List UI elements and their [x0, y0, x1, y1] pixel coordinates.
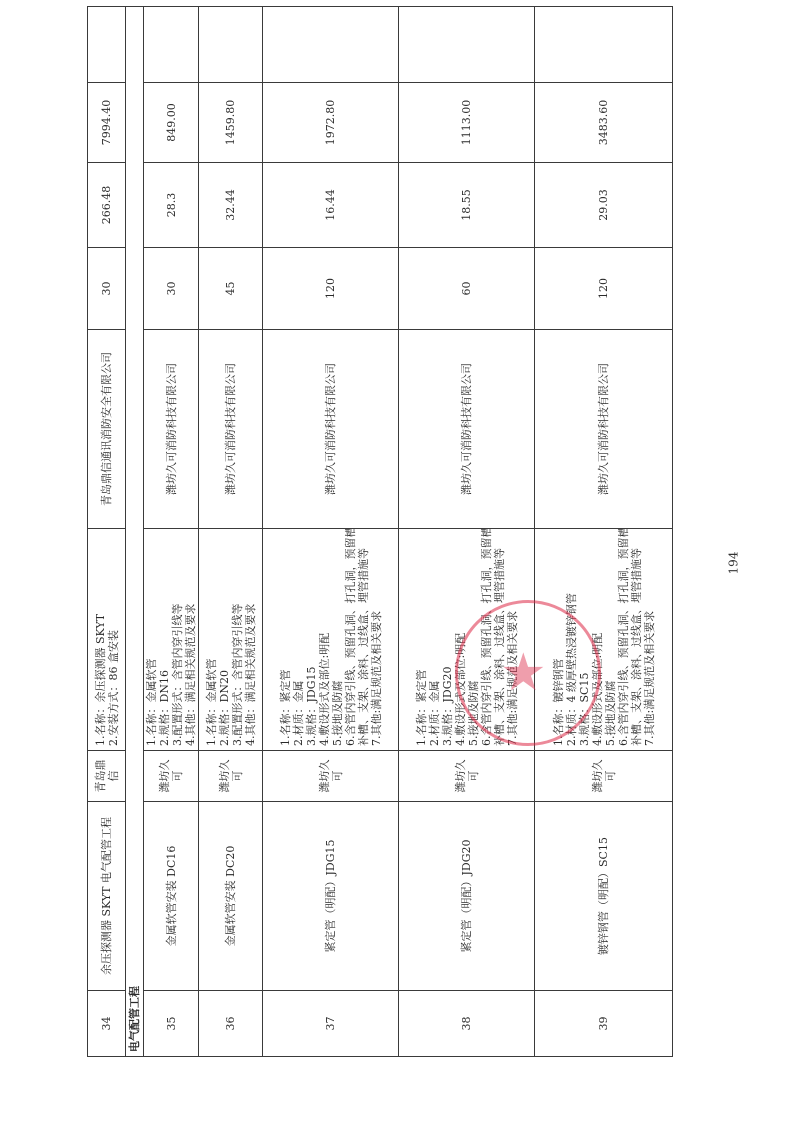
- remark: [199, 7, 263, 83]
- supplier: 潍坊久可消防科技有限公司: [399, 330, 535, 529]
- spec-line: 1.名称：紧定管: [279, 533, 292, 746]
- table-row: 38紧定管（明配）JDG20潍坊久可1.名称：紧定管2.材质：金属3.规格：JD…: [399, 7, 535, 1057]
- amount: 1972.80: [263, 83, 399, 163]
- spec-line: 2.材质：金属: [292, 533, 305, 746]
- remark: [399, 7, 535, 83]
- spec-line: 1.名称：金属软管: [205, 533, 218, 746]
- amount: 1459.80: [199, 83, 263, 163]
- spec-line: 6.含管内穿引线、预留孔洞、打孔洞，预留槽、剔槽、: [344, 533, 357, 746]
- spec-description: 1.名称：紧定管2.材质：金属3.规格：JDG154.敷设形式及部位:明配5.接…: [263, 529, 399, 751]
- page-number: 194: [726, 552, 740, 575]
- quantity: 120: [263, 248, 399, 330]
- unit-price: 32.44: [199, 163, 263, 248]
- supplier: 青岛鼎信通讯消防安全有限公司: [88, 330, 126, 529]
- spec-description: 1.名称：镀锌钢管2.材质：4 级厚壁热浸镀锌钢管3.规格：SC154.敷设形式…: [535, 529, 673, 751]
- item-name: 金属软管安装 DC16: [144, 802, 199, 991]
- supplier: 潍坊久可消防科技有限公司: [199, 330, 263, 529]
- spec-line: 3.规格：JDG15: [305, 533, 318, 746]
- quantity: 30: [144, 248, 199, 330]
- spec-line: 6.含管内穿引线、预留孔洞、打孔洞，预留槽、剔槽、: [480, 533, 493, 746]
- spec-line: 2.材质：金属: [428, 533, 441, 746]
- row-number: 35: [144, 991, 199, 1057]
- row-number: 37: [263, 991, 399, 1057]
- supplier: 潍坊久可消防科技有限公司: [144, 330, 199, 529]
- spec-line: 5.接地及防腐: [604, 533, 617, 746]
- spec-line: 4.敷设形式及部位:明配: [591, 533, 604, 746]
- spec-line: 7.其他:满足规范及相关要求: [643, 533, 656, 746]
- row-number: 36: [199, 991, 263, 1057]
- item-name: 余压探测器 SKYT 电气配管工程: [88, 802, 126, 991]
- spec-line: 3.配置形式：含管内穿引线等: [231, 533, 244, 746]
- section-header-row: 电气配管工程: [126, 7, 144, 1057]
- brand: 潍坊久可: [399, 751, 535, 802]
- spec-line: 1.名称：余压探测器 SKYT: [94, 533, 107, 746]
- table-row: 36金属软管安装 DC20潍坊久可1.名称：金属软管2.规格：DN203.配置形…: [199, 7, 263, 1057]
- amount: 3483.60: [535, 83, 673, 163]
- item-name: 紧定管（明配）JDG20: [399, 802, 535, 991]
- spec-line: 6.含管内穿引线、预留孔洞、打孔洞，预留槽、剔槽、: [617, 533, 630, 746]
- spec-line: 5.接地及防腐: [467, 533, 480, 746]
- unit-price: 29.03: [535, 163, 673, 248]
- row-number: 34: [88, 991, 126, 1057]
- row-number: 39: [535, 991, 673, 1057]
- spec-line: 2.规格：DN20: [218, 533, 231, 746]
- spec-line: 7.其他:满足规范及相关要求: [370, 533, 383, 746]
- brand: 潍坊久可: [263, 751, 399, 802]
- spec-line: 2.材质：4 级厚壁热浸镀锌钢管: [565, 533, 578, 746]
- spec-line: 2.安装方式：86 盒安装: [107, 533, 120, 746]
- item-name: 紧定管（明配）JDG15: [263, 802, 399, 991]
- supplier: 潍坊久可消防科技有限公司: [263, 330, 399, 529]
- item-name: 金属软管安装 DC20: [199, 802, 263, 991]
- unit-price: 18.55: [399, 163, 535, 248]
- spec-description: 1.名称：余压探测器 SKYT2.安装方式：86 盒安装: [88, 529, 126, 751]
- quantity: 30: [88, 248, 126, 330]
- quantity: 45: [199, 248, 263, 330]
- remark: [88, 7, 126, 83]
- remark: [144, 7, 199, 83]
- quantity: 60: [399, 248, 535, 330]
- table-row: 39镀锌钢管（明配）SC15潍坊久可1.名称：镀锌钢管2.材质：4 级厚壁热浸镀…: [535, 7, 673, 1057]
- spec-description: 1.名称：金属软管2.规格：DN163.配置形式：含管内穿引线等4.其他：满足相…: [144, 529, 199, 751]
- spec-line: 4.敷设形式及部位:明配: [454, 533, 467, 746]
- spec-line: 7.其他:满足规范及相关要求: [506, 533, 519, 746]
- brand: 潍坊久可: [535, 751, 673, 802]
- table-row: 34余压探测器 SKYT 电气配管工程青岛鼎信1.名称：余压探测器 SKYT2.…: [88, 7, 126, 1057]
- unit-price: 16.44: [263, 163, 399, 248]
- spec-line: 补槽、支架、涂料、过线盒、埋管措施等: [357, 533, 370, 746]
- spec-line: 1.名称：金属软管: [145, 533, 158, 746]
- unit-price: 266.48: [88, 163, 126, 248]
- spec-line: 3.配置形式：含管内穿引线等: [171, 533, 184, 746]
- table-row: 37紧定管（明配）JDG15潍坊久可1.名称：紧定管2.材质：金属3.规格：JD…: [263, 7, 399, 1057]
- section-title: 电气配管工程: [126, 7, 144, 1057]
- spec-line: 4.其他：满足相关规范及要求: [184, 533, 197, 746]
- remark: [263, 7, 399, 83]
- brand: 潍坊久可: [144, 751, 199, 802]
- brand: 青岛鼎信: [88, 751, 126, 802]
- spec-description: 1.名称：金属软管2.规格：DN203.配置形式：含管内穿引线等4.其他：满足相…: [199, 529, 263, 751]
- amount: 1113.00: [399, 83, 535, 163]
- amount: 849.00: [144, 83, 199, 163]
- row-number: 38: [399, 991, 535, 1057]
- item-name: 镀锌钢管（明配）SC15: [535, 802, 673, 991]
- spec-line: 3.规格：JDG20: [441, 533, 454, 746]
- spec-line: 4.敷设形式及部位:明配: [318, 533, 331, 746]
- quantity: 120: [535, 248, 673, 330]
- spec-line: 5.接地及防腐: [331, 533, 344, 746]
- spec-line: 1.名称：镀锌钢管: [552, 533, 565, 746]
- spec-line: 补槽、支架、涂料、过线盒、埋管措施等: [493, 533, 506, 746]
- price-table: 34余压探测器 SKYT 电气配管工程青岛鼎信1.名称：余压探测器 SKYT2.…: [87, 6, 673, 1057]
- spec-line: 2.规格：DN16: [158, 533, 171, 746]
- spec-line: 1.名称：紧定管: [415, 533, 428, 746]
- brand: 潍坊久可: [199, 751, 263, 802]
- spec-line: 3.规格：SC15: [578, 533, 591, 746]
- spec-line: 补槽、支架、涂料、过线盒、埋管措施等: [630, 533, 643, 746]
- supplier: 潍坊久可消防科技有限公司: [535, 330, 673, 529]
- remark: [535, 7, 673, 83]
- amount: 7994.40: [88, 83, 126, 163]
- table-row: 35金属软管安装 DC16潍坊久可1.名称：金属软管2.规格：DN163.配置形…: [144, 7, 199, 1057]
- unit-price: 28.3: [144, 163, 199, 248]
- spec-description: 1.名称：紧定管2.材质：金属3.规格：JDG204.敷设形式及部位:明配5.接…: [399, 529, 535, 751]
- spec-line: 4.其他：满足相关规范及要求: [244, 533, 257, 746]
